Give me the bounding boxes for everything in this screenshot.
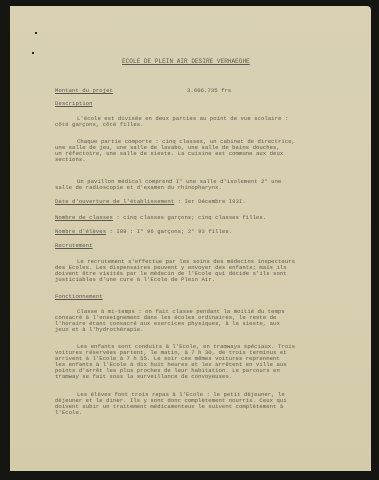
punch-mark bbox=[35, 32, 37, 34]
nombre-eleves-line: Nombre d'élèves : I89 : I° 96 garçons; 2… bbox=[55, 229, 232, 235]
fonc-p1-l4: jeux et à l'hydrothérapie. bbox=[55, 327, 144, 333]
description-heading: Description bbox=[55, 101, 92, 107]
desc-p3-l2: salle de radioscopie et d'examen du rhin… bbox=[55, 185, 222, 191]
desc-p2-l3: un réfectoire, une salle de sieste. La c… bbox=[55, 151, 283, 157]
nombre-eleves-value: : I89 : I° 96 garçons; 2° 93 filles. bbox=[106, 228, 232, 235]
nombre-classes-line: Nombre de classes : cinq classes garçons… bbox=[55, 215, 266, 221]
desc-p2-l4: sections. bbox=[55, 157, 86, 163]
document-title: ECOLE DE PLEIN AIR DESIRE VERHAEGHE bbox=[122, 59, 250, 65]
fonctionnement-heading: Fonctionnement bbox=[55, 294, 103, 300]
date-ouverture-label: Date d'ouverture de l'établissement bbox=[55, 198, 174, 205]
montant-label: Montant du projet bbox=[55, 88, 113, 94]
nombre-classes-value: : cinq classes garçons; cinq classes fil… bbox=[113, 214, 266, 221]
nombre-eleves-label: Nombre d'élèves bbox=[55, 228, 106, 235]
recrutement-heading: Recrutement bbox=[55, 243, 92, 249]
recr-p1-l4: justiciables d'une cure à l'Ecole de Ple… bbox=[55, 277, 215, 283]
fonc-p3-l3: doivent subir un traitement médicamenteu… bbox=[55, 404, 283, 410]
montant-value: 3.606.735 frs bbox=[187, 88, 231, 94]
typewritten-page: ECOLE DE PLEIN AIR DESIRE VERHAEGHE Mont… bbox=[10, 6, 371, 471]
punch-mark bbox=[32, 52, 34, 54]
date-ouverture-value: : Ier Décembre I93I. bbox=[174, 198, 246, 205]
date-ouverture-line: Date d'ouverture de l'établissement : Ie… bbox=[55, 199, 246, 205]
desc-p1-l2: côté garçons, côté filles. bbox=[55, 122, 144, 128]
nombre-classes-label: Nombre de classes bbox=[55, 214, 113, 221]
fonc-p3-l4: l'Ecole. bbox=[55, 410, 82, 416]
fonc-p2-l6: tramway se fait sous la surveillance de … bbox=[55, 374, 232, 380]
